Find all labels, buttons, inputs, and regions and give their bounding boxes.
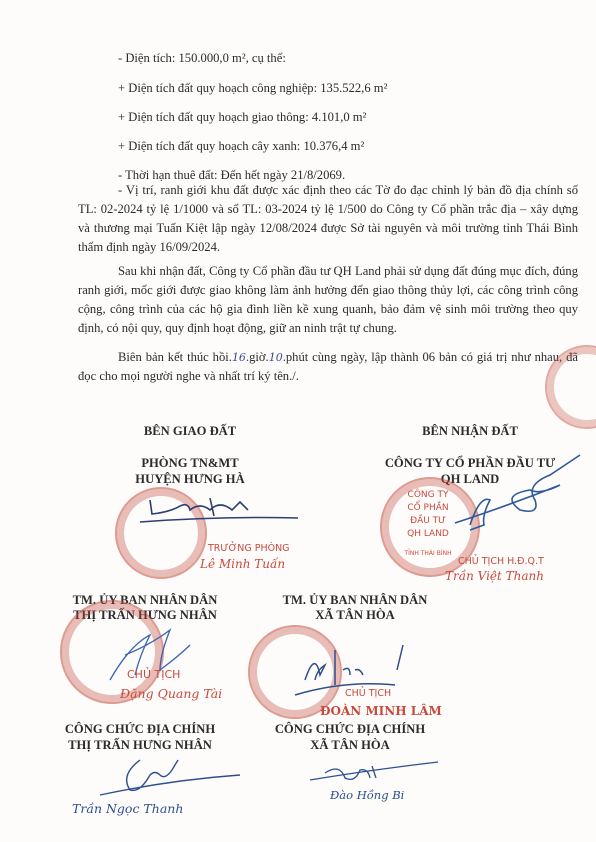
area-greenery-line: + Diện tích đất quy hoạch cây xanh: 10.3… bbox=[118, 139, 364, 154]
receiver-role: CHỦ TỊCH H.Đ.Q.T bbox=[458, 556, 544, 567]
giver-signature bbox=[140, 492, 300, 532]
closing-hour-handwritten: 16 bbox=[232, 351, 246, 364]
commune-committee-org-line1: TM. ỦY BAN NHÂN DÂN bbox=[265, 593, 445, 608]
commune-cadastral-org-line2: XÃ TÂN HÒA bbox=[260, 738, 440, 753]
area-industrial-line: + Diện tích đất quy hoạch công nghiệp: 1… bbox=[118, 81, 387, 96]
area-total-line: - Diện tích: 150.000,0 m², cụ thể: bbox=[118, 51, 286, 66]
obligation-paragraph: Sau khi nhận đất, Công ty Cổ phần đầu tư… bbox=[78, 262, 578, 338]
closing-paragraph: Biên bản kết thúc hồi.16.giờ.10.phút cùn… bbox=[78, 348, 578, 386]
giver-org-line1: PHÒNG TN&MT bbox=[100, 456, 280, 471]
closing-minute-handwritten: 10 bbox=[269, 351, 283, 364]
receiver-stamp-bottom: TỈNH THÁI BÌNH bbox=[395, 547, 461, 560]
closing-prefix: Biên bản kết thúc hồi. bbox=[118, 350, 232, 364]
commune-committee-org-line2: XÃ TÂN HÒA bbox=[265, 608, 445, 623]
giver-name: Lê Minh Tuấn bbox=[200, 557, 285, 571]
commune-cadastral-signature bbox=[310, 758, 440, 788]
receiver-name: Trần Việt Thanh bbox=[445, 569, 544, 583]
town-committee-name: Đặng Quang Tài bbox=[120, 686, 222, 701]
town-cadastral-signature bbox=[100, 755, 240, 800]
town-cadastral-org-line2: THỊ TRẤN HƯNG NHÂN bbox=[45, 738, 235, 753]
giver-org-line2: HUYỆN HƯNG HÀ bbox=[100, 472, 280, 487]
commune-cadastral-org-line1: CÔNG CHỨC ĐỊA CHÍNH bbox=[260, 722, 440, 737]
location-paragraph: - Vị trí, ranh giới khu đất được xác địn… bbox=[78, 181, 578, 257]
town-cadastral-org-line1: CÔNG CHỨC ĐỊA CHÍNH bbox=[45, 722, 235, 737]
receiver-heading: BÊN NHẬN ĐẤT bbox=[380, 424, 560, 439]
closing-mid: .giờ. bbox=[246, 350, 269, 364]
town-cadastral-name: Trần Ngọc Thanh bbox=[72, 801, 183, 816]
giver-heading: BÊN GIAO ĐẤT bbox=[100, 424, 280, 439]
commune-cadastral-name: Đào Hồng Bi bbox=[330, 788, 404, 802]
town-committee-role: CHỦ TỊCH bbox=[127, 668, 180, 681]
commune-committee-name: ĐOÀN MINH LÂM bbox=[320, 704, 442, 718]
receiver-signature bbox=[440, 455, 580, 535]
area-traffic-line: + Diện tích đất quy hoạch giao thông: 4.… bbox=[118, 110, 366, 125]
town-committee-org-line1: TM. ỦY BAN NHÂN DÂN bbox=[50, 593, 240, 608]
commune-committee-role: CHỦ TỊCH bbox=[345, 688, 391, 699]
giver-role: TRƯỞNG PHÒNG bbox=[208, 543, 290, 554]
